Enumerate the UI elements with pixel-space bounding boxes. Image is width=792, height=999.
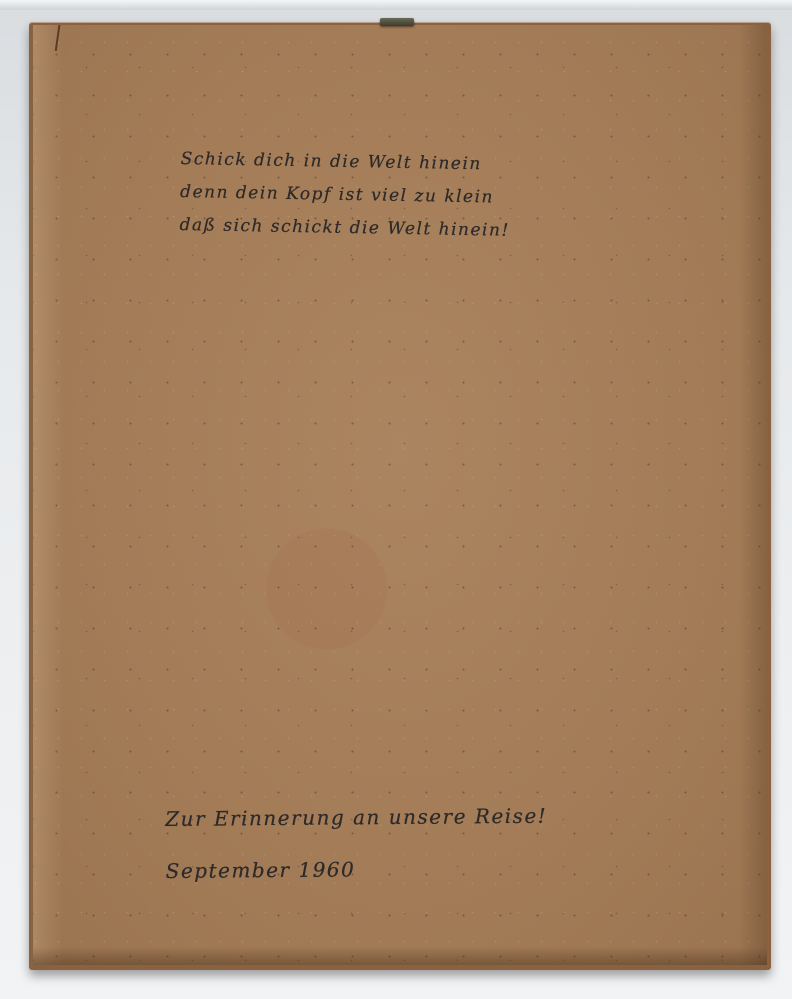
verse-line-3: daß sich schickt die Welt hinein! (179, 209, 510, 248)
paper-fold-right (727, 25, 767, 965)
paper-fold-left (33, 25, 83, 965)
kraft-paper-backing: Schick dich in die Welt hinein denn dein… (33, 25, 767, 965)
background-wall (0, 0, 792, 10)
paper-corner-crease (33, 25, 61, 51)
date-line: September 1960 (165, 842, 547, 897)
hanger-hook-icon (380, 18, 414, 26)
inscription-dedication: Zur Erinnerung an unsere Reise! Septembe… (165, 790, 548, 897)
dedication-line: Zur Erinnerung an unsere Reise! (165, 790, 547, 845)
paper-fold-bottom (33, 947, 767, 965)
picture-frame-back: Schick dich in die Welt hinein denn dein… (29, 22, 771, 970)
inscription-verse: Schick dich in die Welt hinein denn dein… (179, 143, 511, 248)
